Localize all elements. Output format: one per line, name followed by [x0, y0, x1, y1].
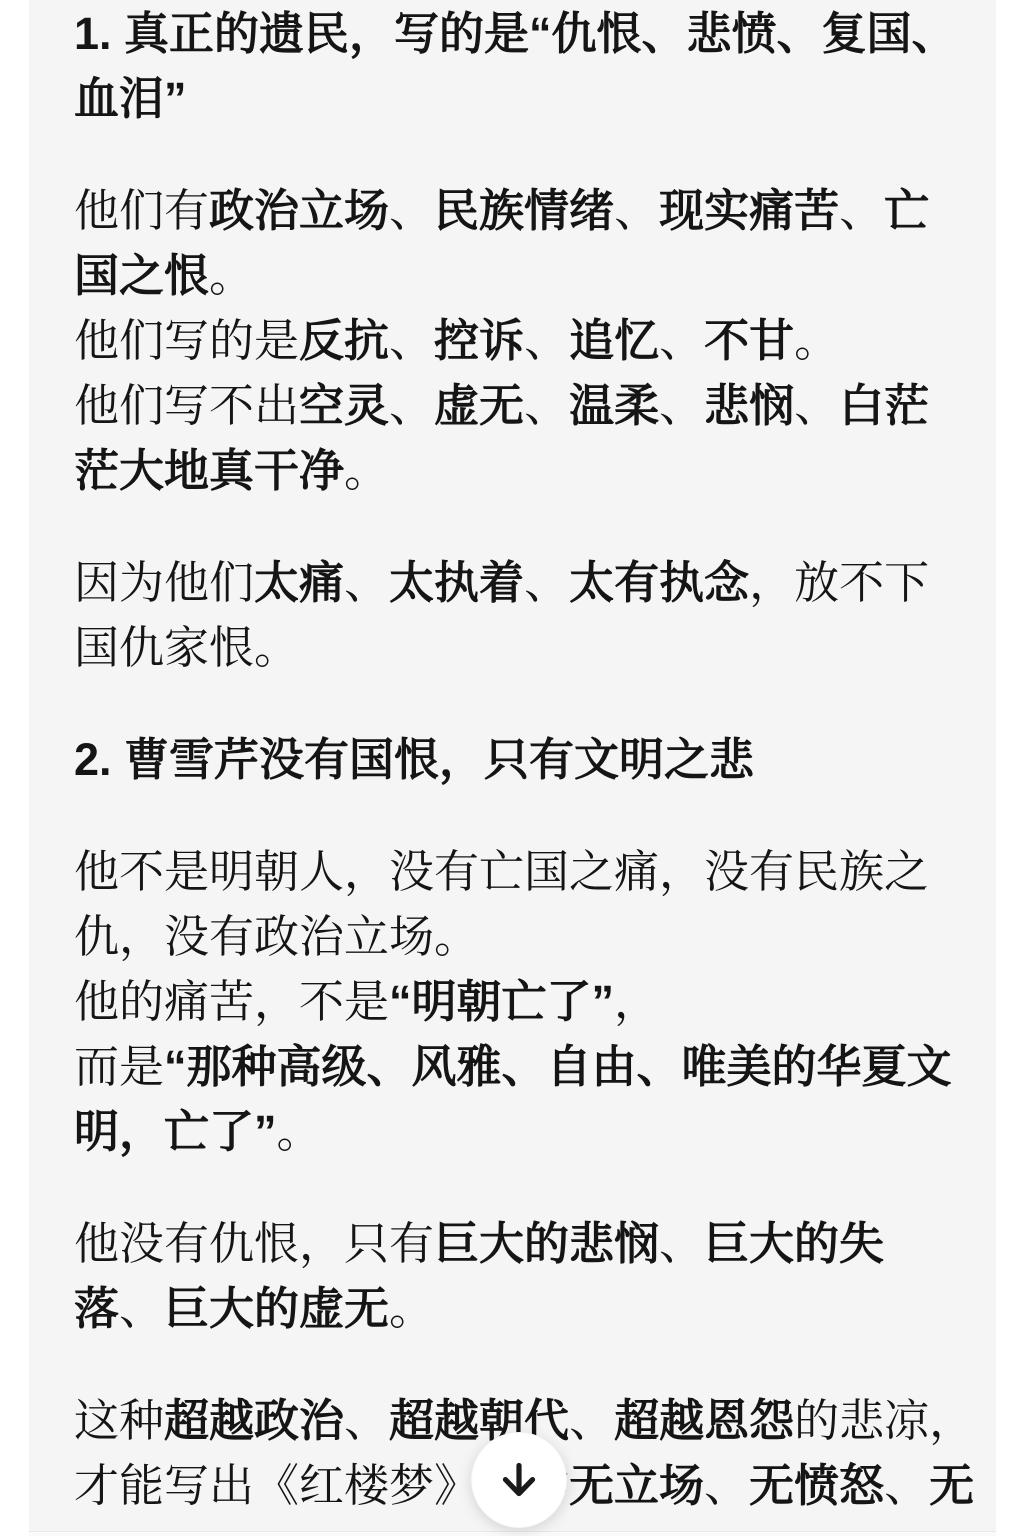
- bold-text-run: 现实痛苦: [659, 185, 839, 236]
- bold-text-run: 无: [929, 1460, 974, 1511]
- bold-text-run: 太痛: [254, 557, 344, 608]
- bold-text-run: 2. 曹雪芹没有国恨，只有文明之悲: [74, 734, 754, 785]
- text-line: 明，亡了”。: [74, 1099, 954, 1164]
- bold-text-run: 虚无: [434, 380, 524, 431]
- text-run: 他不是明朝人，没有亡国之痛，没有民族之: [74, 846, 929, 897]
- bold-text-run: “明朝亡了”: [389, 976, 614, 1027]
- text-run: 、: [614, 185, 659, 236]
- paragraph: 他没有仇恨，只有巨大的悲悯、巨大的失落、巨大的虚无。: [74, 1211, 954, 1341]
- text-run: ，: [614, 976, 659, 1027]
- chat-message-area: 1. 真正的遗民，写的是“仇恨、悲愤、复国、血泪”他们有政治立场、民族情绪、现实…: [29, 0, 996, 1536]
- bold-text-run: 超越恩怨: [614, 1395, 794, 1446]
- text-line: 而是“那种高级、风雅、自由、唯美的华夏文: [74, 1034, 954, 1099]
- text-run: 。: [389, 1283, 434, 1334]
- text-run: 。: [209, 250, 254, 301]
- text-run: 、: [884, 1460, 929, 1511]
- bold-text-run: 明，亡了”: [74, 1106, 277, 1157]
- text-run: 、: [524, 315, 569, 366]
- bold-text-run: 太执着: [389, 557, 524, 608]
- text-line: 茫大地真干净。: [74, 438, 954, 503]
- text-run: 他们有: [74, 185, 209, 236]
- section-heading: 1. 真正的遗民，写的是“仇恨、悲愤、复国、血泪”: [74, 1, 954, 131]
- text-run: 、: [704, 1460, 749, 1511]
- bold-text-run: 不甘: [704, 315, 794, 366]
- text-run: 因为他们: [74, 557, 254, 608]
- text-run: 仇，没有政治立场。: [74, 911, 479, 962]
- text-run: 、: [569, 1395, 614, 1446]
- bold-text-run: 太有执念: [569, 557, 749, 608]
- text-line: 落、巨大的虚无。: [74, 1276, 954, 1341]
- bold-text-run: 落: [74, 1283, 119, 1334]
- message-content: 1. 真正的遗民，写的是“仇恨、悲愤、复国、血泪”他们有政治立场、民族情绪、现实…: [29, 0, 996, 1518]
- bold-text-run: 悲悯: [704, 380, 794, 431]
- bold-text-run: 巨大的悲悯: [434, 1218, 659, 1269]
- bold-text-run: 1. 真正的遗民，写的是“仇恨、悲愤、复国、: [74, 8, 957, 59]
- text-run: ，放不下: [749, 557, 929, 608]
- bold-text-run: 温柔: [569, 380, 659, 431]
- bold-text-run: 亡: [884, 185, 929, 236]
- bold-text-run: 控诉: [434, 315, 524, 366]
- arrow-down-icon: [494, 1455, 544, 1505]
- text-run: 、: [659, 1218, 704, 1269]
- bold-text-run: 超越政治: [164, 1395, 344, 1446]
- text-run: 的悲凉，: [794, 1395, 974, 1446]
- bold-text-run: 民族情绪: [434, 185, 614, 236]
- text-run: 、: [524, 557, 569, 608]
- text-run: 、: [389, 185, 434, 236]
- composer-top-edge: [29, 1531, 996, 1536]
- paragraph: 他不是明朝人，没有亡国之痛，没有民族之仇，没有政治立场。他的痛苦，不是“明朝亡了…: [74, 839, 954, 1164]
- text-run: 。: [794, 315, 839, 366]
- bold-text-run: 巨大的失: [704, 1218, 884, 1269]
- bold-text-run: 政治立场: [209, 185, 389, 236]
- text-run: 他们写不出: [74, 380, 299, 431]
- bold-text-run: 血泪”: [74, 73, 187, 124]
- bold-text-run: 巨大的虚无: [164, 1283, 389, 1334]
- bold-text-run: 茫大地真干净: [74, 445, 344, 496]
- bold-text-run: 追忆: [569, 315, 659, 366]
- text-run: 、: [344, 1395, 389, 1446]
- text-line: 因为他们太痛、太执着、太有执念，放不下: [74, 550, 954, 615]
- text-line: 他没有仇恨，只有巨大的悲悯、巨大的失: [74, 1211, 954, 1276]
- bold-text-run: 国之恨: [74, 250, 209, 301]
- text-run: 而是: [74, 1041, 164, 1092]
- text-run: 、: [344, 557, 389, 608]
- text-line: 他们写不出空灵、虚无、温柔、悲悯、白茫: [74, 373, 954, 438]
- text-run: 这种: [74, 1395, 164, 1446]
- text-line: 他们写的是反抗、控诉、追忆、不甘。: [74, 308, 954, 373]
- text-run: 、: [839, 185, 884, 236]
- text-line: 他们有政治立场、民族情绪、现实痛苦、亡: [74, 178, 954, 243]
- text-run: 、: [119, 1283, 164, 1334]
- text-line: 血泪”: [74, 66, 954, 131]
- bold-text-run: 反抗: [299, 315, 389, 366]
- scroll-to-bottom-button[interactable]: [471, 1432, 567, 1528]
- text-line: 国之恨。: [74, 243, 954, 308]
- bold-text-run: “那种高级、风雅、自由、唯美的华夏文: [164, 1041, 952, 1092]
- paragraph: 因为他们太痛、太执着、太有执念，放不下国仇家恨。: [74, 550, 954, 680]
- text-run: 、: [794, 380, 839, 431]
- text-run: 、: [659, 315, 704, 366]
- bold-text-run: 无愤怒: [749, 1460, 884, 1511]
- text-run: 他的痛苦，不是: [74, 976, 389, 1027]
- section-heading: 2. 曹雪芹没有国恨，只有文明之悲: [74, 727, 954, 792]
- text-line: 2. 曹雪芹没有国恨，只有文明之悲: [74, 727, 954, 792]
- bold-text-run: 空灵: [299, 380, 389, 431]
- text-line: 他的痛苦，不是“明朝亡了”，: [74, 969, 954, 1034]
- text-run: 、: [524, 380, 569, 431]
- text-run: 、: [389, 315, 434, 366]
- text-run: 。: [277, 1106, 322, 1157]
- text-line: 1. 真正的遗民，写的是“仇恨、悲愤、复国、: [74, 1, 954, 66]
- bold-text-run: 无立场: [569, 1460, 704, 1511]
- text-run: 他们写的是: [74, 315, 299, 366]
- text-run: 国仇家恨。: [74, 622, 299, 673]
- text-run: 、: [389, 380, 434, 431]
- text-line: 他不是明朝人，没有亡国之痛，没有民族之: [74, 839, 954, 904]
- text-line: 国仇家恨。: [74, 615, 954, 680]
- text-run: 。: [344, 445, 389, 496]
- bold-text-run: 白茫: [839, 380, 929, 431]
- paragraph: 他们有政治立场、民族情绪、现实痛苦、亡国之恨。他们写的是反抗、控诉、追忆、不甘。…: [74, 178, 954, 503]
- text-run: 他没有仇恨，只有: [74, 1218, 434, 1269]
- text-run: 、: [659, 380, 704, 431]
- text-line: 仇，没有政治立场。: [74, 904, 954, 969]
